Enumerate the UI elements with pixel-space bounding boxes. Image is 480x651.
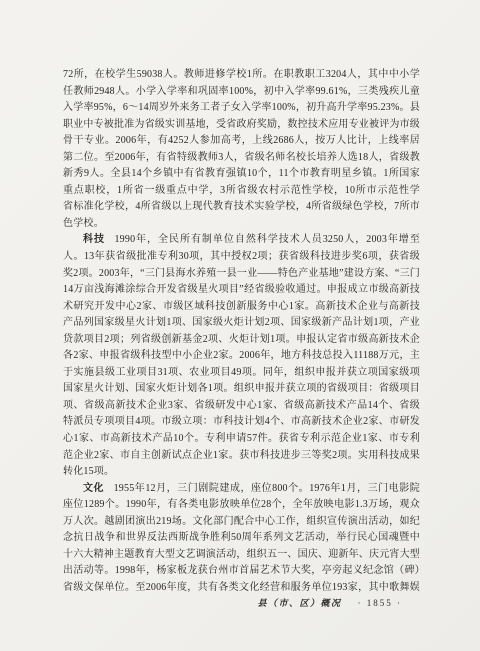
text-line: 文化1955年12月，三门剧院建成，座位800个。1976年1月，三门电影院落成… xyxy=(63,481,420,498)
scanned-book-page: 72所，在校学生59038人。教师进修学校1所。在职教职工3204人，其中中小学… xyxy=(0,0,480,651)
page-footer: 县（市、区）概况· 1855 · xyxy=(63,596,420,610)
text-line: 新秀9人。全县14个乡镇中有省教育强镇10个，11个市教育明星乡镇。1所国家级 xyxy=(63,166,420,183)
text-line: 任教师2948人。小学入学率和巩固率100%，初中入学率99.61%，三类残疾儿… xyxy=(63,84,420,101)
text-line: 于实施县级工业项目31项、农业项目49项。同年，组织申报并获立项国家级项目： xyxy=(63,365,420,382)
text-line: 各2家、申报省级科技型中小企业2家。2006年，地方科技总投入11188万元，主… xyxy=(63,348,420,365)
text-line: 座位1289个。1990年，有各类电影放映单位28个，全年放映电影1.3万场，观… xyxy=(63,497,420,514)
text-line: 重点职校，1所省一级重点中学，3所省级农村示范性学校，10所市示范性学校，8所 xyxy=(63,183,420,200)
text-line: 念抗日战争和世界反法西斯战争胜利50周年系列文艺活动，举行民心国魂暨中共 xyxy=(63,530,420,547)
footer-section-title: 县（市、区）概况 xyxy=(257,598,341,608)
body-text-block: 72所，在校学生59038人。教师进修学校1所。在职教职工3204人，其中中小学… xyxy=(63,67,420,597)
text-line: 项、省级高新技术企业3家、省级研发中心1家、省级高新技术产品14个、省级科技 xyxy=(63,398,420,415)
text-line: 转化15项。 xyxy=(63,464,420,481)
section-first-line-text: 1990年，全民所有制单位自然科学技术人员3250人，2003年增至5001 xyxy=(63,234,420,249)
text-line: 入学率95%，6～14周岁外来务工者子女入学率100%，初升高升学率95.23%… xyxy=(63,100,420,117)
text-line: 72所，在校学生59038人。教师进修学校1所。在职教职工3204人，其中中小学… xyxy=(63,67,420,84)
section-heading: 文化 xyxy=(83,483,104,494)
text-line: 国家星火计划、国家火炬计划各1项。组织申报并获立项的省级项目：省级项目6 xyxy=(63,381,420,398)
text-line: 术研究开发中心2家、市级区域科技创新服务中心1家。高新技术企业与高新技术 xyxy=(63,299,420,316)
text-line: 职业中专被批准为省级实训基地，受省政府奖励，数控技术应用专业被评为市级 xyxy=(63,117,420,134)
text-line: 人。13年获省级批准专利30项，其中授权2项；获省级科技进步奖6项，获省级星火 xyxy=(63,249,420,266)
text-line: 十六大精神主题教育大型文艺调演活动，组织五一、国庆、迎新年、庆元宵大型演 xyxy=(63,547,420,564)
text-line: 产品列国家级星火计划1项、国家级火炬计划2项、国家级新产品计划1项，产业化 xyxy=(63,315,420,332)
section-first-line-text: 1955年12月，三门剧院建成，座位800个。1976年1月，三门电影院落成， xyxy=(63,483,420,498)
text-line: 骨干专业。2006年，有4252人参加高考，上线2686人，按万人比计，上线率居… xyxy=(63,133,420,150)
text-line: 色学校。 xyxy=(63,216,420,233)
text-line: 贷款项目2项；列省级创新基金2项、火炬计划1项。申报认定省市级高新技术企业 xyxy=(63,332,420,349)
text-line: 出活动等。1998年，杨家板龙获台州市首届艺术节大奖，亭旁起义纪念馆（碑）列为 xyxy=(63,563,420,580)
text-line: 万人次。越剧团演出219场。文化部门配合中心工作，组织宣传演出活动，如纪 xyxy=(63,514,420,531)
footer-page-number: · 1855 · xyxy=(358,598,403,608)
text-line: 省级文保单位。至2006年度，共有各类文化经营和服务单位193家，其中歌舞娱乐 xyxy=(63,580,420,597)
text-line: 14万亩浅海滩涂综合开发省级星火项目”经省级验收通过。申报成立市级高新技 xyxy=(63,282,420,299)
text-line: 奖2项。2003年，“三门县海水养殖一县一业——特色产业基地”建设方案、“三门县 xyxy=(63,266,420,283)
text-line: 范企业2家、市自主创新试点企业1家。获市科技进步三等奖2项。实用科技成果 xyxy=(63,448,420,465)
text-line: 特派员专项项目4项。市级立项：市科技计划4个、市高新技术企业2家、市研发中 xyxy=(63,414,420,431)
text-line: 省标准化学校，4所省级以上现代教育技术实验学校，4所省级绿色学校，7所市绿 xyxy=(63,199,420,216)
section-heading: 科技 xyxy=(83,234,105,245)
text-line: 第二位。至2006年，有省特级教师3人，省级名师名校长培养人选18人，省级教坛 xyxy=(63,150,420,167)
text-line: 科技1990年，全民所有制单位自然科学技术人员3250人，2003年增至5001 xyxy=(63,232,420,249)
text-line: 心1家、市高新技术产品10个。专利申请57件。获省专利示范企业1家、市专利示 xyxy=(63,431,420,448)
